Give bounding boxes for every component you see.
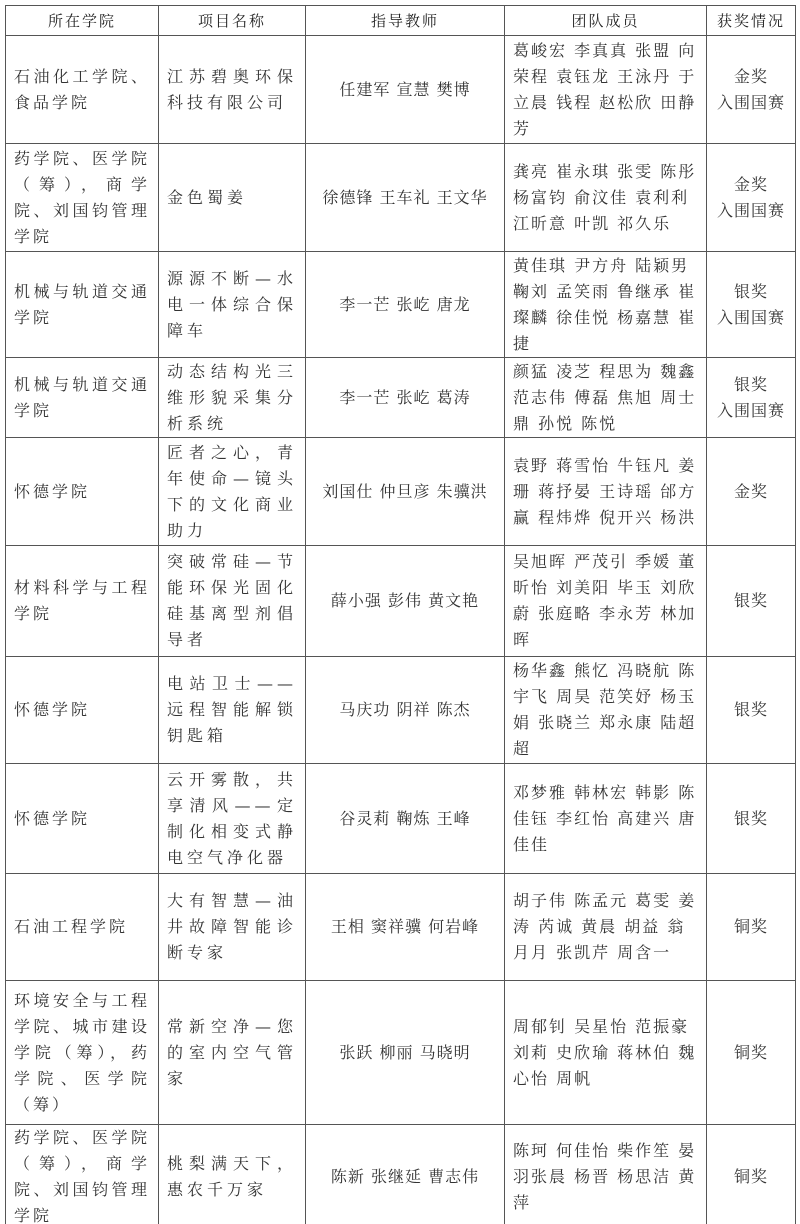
award-cell: 铜奖 (707, 1125, 796, 1224)
award-cell: 铜奖 (707, 874, 796, 981)
project-name-cell: 突破常硅—节能环保光固化硅基离型剂倡导者 (159, 546, 306, 657)
advisors-cell: 李一芒 张屹 唐龙 (306, 252, 505, 358)
award-level: 金奖 (715, 64, 787, 90)
project-name-cell: 电站卫士——远程智能解锁钥匙箱 (159, 657, 306, 764)
college-cell: 石油化工学院、食品学院 (6, 36, 159, 144)
award-note: 入围国赛 (715, 90, 787, 116)
award-level: 铜奖 (715, 1040, 787, 1066)
project-name-cell: 金色蜀姜 (159, 144, 306, 252)
advisors-cell: 陈新 张继延 曹志伟 (306, 1125, 505, 1224)
advisors-cell: 谷灵莉 鞠炼 王峰 (306, 764, 505, 874)
award-level: 银奖 (715, 806, 787, 832)
college-cell: 环境安全与工程学院、城市建设学院（筹），药学院、医学院（筹） (6, 981, 159, 1125)
project-name-cell: 匠者之心，青年使命—镜头下的文化商业助力 (159, 438, 306, 546)
award-cell: 金奖入围国赛 (707, 36, 796, 144)
advisors-cell: 王相 窦祥骥 何岩峰 (306, 874, 505, 981)
header-members: 团队成员 (505, 6, 707, 36)
awards-table: 所在学院 项目名称 指导教师 团队成员 获奖情况 石油化工学院、食品学院 江苏碧… (5, 5, 796, 1224)
advisors-cell: 马庆功 阴祥 陈杰 (306, 657, 505, 764)
table-row: 怀德学院 云开雾散，共享清风——定制化相变式静电空气净化器 谷灵莉 鞠炼 王峰 … (6, 764, 796, 874)
college-cell: 怀德学院 (6, 657, 159, 764)
award-note: 入围国赛 (715, 198, 787, 224)
award-level: 银奖 (715, 697, 787, 723)
award-cell: 银奖 (707, 764, 796, 874)
award-cell: 银奖 (707, 546, 796, 657)
header-award: 获奖情况 (707, 6, 796, 36)
award-cell: 金奖 (707, 438, 796, 546)
table-row: 石油工程学院 大有智慧—油井故障智能诊断专家 王相 窦祥骥 何岩峰 胡子伟 陈孟… (6, 874, 796, 981)
team-members-cell: 颜猛 凌芝 程思为 魏鑫 范志伟 傅磊 焦旭 周士鼎 孙悦 陈悦 (505, 358, 707, 438)
team-members-cell: 杨华鑫 熊忆 冯晓航 陈宇飞 周昊 范笑妤 杨玉娟 张晓兰 郑永康 陆超超 (505, 657, 707, 764)
table-row: 怀德学院 电站卫士——远程智能解锁钥匙箱 马庆功 阴祥 陈杰 杨华鑫 熊忆 冯晓… (6, 657, 796, 764)
table-row: 药学院、医学院（筹），商学院、刘国钧管理学院 桃梨满天下，惠农千万家 陈新 张继… (6, 1125, 796, 1224)
team-members-cell: 葛峻宏 李真真 张盟 向荣程 袁钰龙 王泳丹 于立晨 钱程 赵松欣 田静芳 (505, 36, 707, 144)
advisors-cell: 徐德锋 王车礼 王文华 (306, 144, 505, 252)
award-level: 银奖 (715, 279, 787, 305)
college-cell: 石油工程学院 (6, 874, 159, 981)
award-level: 铜奖 (715, 1164, 787, 1190)
college-cell: 机械与轨道交通学院 (6, 252, 159, 358)
award-cell: 金奖入围国赛 (707, 144, 796, 252)
college-cell: 怀德学院 (6, 764, 159, 874)
award-cell: 银奖入围国赛 (707, 252, 796, 358)
table-row: 石油化工学院、食品学院 江苏碧奥环保科技有限公司 任建军 宣慧 樊博 葛峻宏 李… (6, 36, 796, 144)
header-project: 项目名称 (159, 6, 306, 36)
advisors-cell: 张跃 柳丽 马晓明 (306, 981, 505, 1125)
table-row: 怀德学院 匠者之心，青年使命—镜头下的文化商业助力 刘国仕 仲旦彦 朱骥洪 袁野… (6, 438, 796, 546)
award-cell: 银奖 (707, 657, 796, 764)
team-members-cell: 龚亮 崔永琪 张雯 陈彤 杨富钧 俞汶佳 袁利利 江昕意 叶凯 祁久乐 (505, 144, 707, 252)
project-name-cell: 江苏碧奥环保科技有限公司 (159, 36, 306, 144)
project-name-cell: 云开雾散，共享清风——定制化相变式静电空气净化器 (159, 764, 306, 874)
table-row: 药学院、医学院（筹），商学院、刘国钧管理学院 金色蜀姜 徐德锋 王车礼 王文华 … (6, 144, 796, 252)
award-note: 入围国赛 (715, 398, 787, 424)
award-level: 铜奖 (715, 914, 787, 940)
header-college: 所在学院 (6, 6, 159, 36)
award-level: 银奖 (715, 372, 787, 398)
award-level: 银奖 (715, 588, 787, 614)
advisors-cell: 任建军 宣慧 樊博 (306, 36, 505, 144)
college-cell: 机械与轨道交通学院 (6, 358, 159, 438)
award-cell: 银奖入围国赛 (707, 358, 796, 438)
advisors-cell: 刘国仕 仲旦彦 朱骥洪 (306, 438, 505, 546)
team-members-cell: 周郁钊 吴星怡 范振豪 刘莉 史欣瑜 蒋林伯 魏心怡 周帆 (505, 981, 707, 1125)
project-name-cell: 常新空净—您的室内空气管家 (159, 981, 306, 1125)
table-row: 材料科学与工程学院 突破常硅—节能环保光固化硅基离型剂倡导者 薛小强 彭伟 黄文… (6, 546, 796, 657)
project-name-cell: 大有智慧—油井故障智能诊断专家 (159, 874, 306, 981)
advisors-cell: 薛小强 彭伟 黄文艳 (306, 546, 505, 657)
college-cell: 材料科学与工程学院 (6, 546, 159, 657)
table-header-row: 所在学院 项目名称 指导教师 团队成员 获奖情况 (6, 6, 796, 36)
award-level: 金奖 (715, 172, 787, 198)
table-row: 环境安全与工程学院、城市建设学院（筹），药学院、医学院（筹） 常新空净—您的室内… (6, 981, 796, 1125)
table-row: 机械与轨道交通学院 动态结构光三维形貌采集分析系统 李一芒 张屹 葛涛 颜猛 凌… (6, 358, 796, 438)
header-advisors: 指导教师 (306, 6, 505, 36)
table-row: 机械与轨道交通学院 源源不断—水电一体综合保障车 李一芒 张屹 唐龙 黄佳琪 尹… (6, 252, 796, 358)
advisors-cell: 李一芒 张屹 葛涛 (306, 358, 505, 438)
college-cell: 怀德学院 (6, 438, 159, 546)
team-members-cell: 袁野 蒋雪怡 牛钰凡 姜珊 蒋抒晏 王诗瑶 邰方赢 程炜烨 倪开兴 杨洪 (505, 438, 707, 546)
team-members-cell: 邓梦雅 韩林宏 韩影 陈佳钰 李红怡 高建兴 唐佳佳 (505, 764, 707, 874)
project-name-cell: 动态结构光三维形貌采集分析系统 (159, 358, 306, 438)
project-name-cell: 桃梨满天下，惠农千万家 (159, 1125, 306, 1224)
project-name-cell: 源源不断—水电一体综合保障车 (159, 252, 306, 358)
team-members-cell: 黄佳琪 尹方舟 陆颖男 鞠刘 孟笑雨 鲁继承 崔璨麟 徐佳悦 杨嘉慧 崔捷 (505, 252, 707, 358)
team-members-cell: 吴旭晖 严茂引 季媛 董昕怡 刘美阳 毕玉 刘欣蔚 张庭略 李永芳 林加晖 (505, 546, 707, 657)
college-cell: 药学院、医学院（筹），商学院、刘国钧管理学院 (6, 144, 159, 252)
team-members-cell: 陈珂 何佳怡 柴作笙 晏羽张晨 杨晋 杨思洁 黄萍 (505, 1125, 707, 1224)
award-level: 金奖 (715, 479, 787, 505)
award-note: 入围国赛 (715, 305, 787, 331)
award-cell: 铜奖 (707, 981, 796, 1125)
team-members-cell: 胡子伟 陈孟元 葛雯 姜涛 芮诚 黄晨 胡益 翁月月 张凯芹 周含一 (505, 874, 707, 981)
college-cell: 药学院、医学院（筹），商学院、刘国钧管理学院 (6, 1125, 159, 1224)
